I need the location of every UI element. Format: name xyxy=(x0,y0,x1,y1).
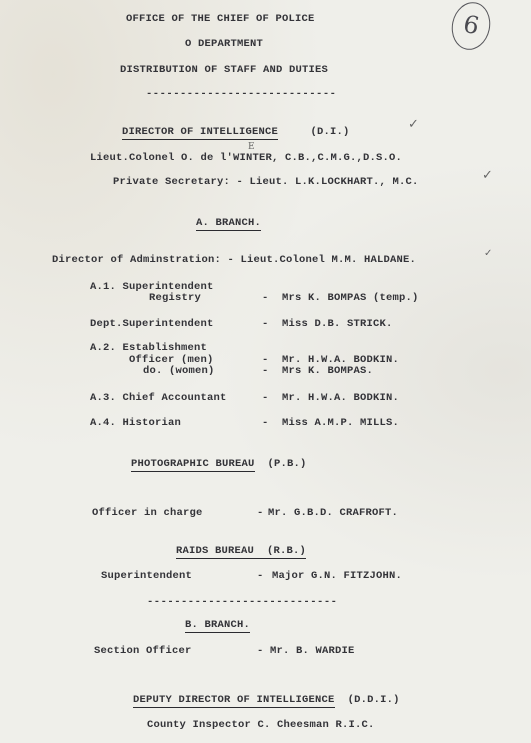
dept-superintendent-dash: - xyxy=(262,318,269,330)
photographic-bureau-heading-row: PHOTOGRAPHIC BUREAU (P.B.) xyxy=(131,458,307,470)
a2-role: A.2. Establishment xyxy=(90,342,207,354)
director-heading: DIRECTOR OF INTELLIGENCE xyxy=(122,126,278,140)
deputy-director-heading-row: DEPUTY DIRECTOR OF INTELLIGENCE (D.D.I.) xyxy=(133,694,400,706)
check-mark-icon: ✓ xyxy=(484,248,492,259)
deputy-director-abbr: (D.D.I.) xyxy=(348,694,400,706)
a2-name-women: Mrs K. BOMPAS. xyxy=(282,365,373,377)
director-heading-row: DIRECTOR OF INTELLIGENCE (D.I.) xyxy=(122,126,350,138)
b-dash: - xyxy=(257,645,264,657)
page-number-circle: 6 xyxy=(447,0,494,53)
b-role: Section Officer xyxy=(94,645,192,657)
header-title: DISTRIBUTION OF STAFF AND DUTIES xyxy=(120,64,328,76)
a2-role-women: do. (women) xyxy=(143,365,215,377)
header-department: O DEPARTMENT xyxy=(185,38,263,50)
a3-dash: - xyxy=(262,392,269,404)
director-administration: Director of Adminstration: - Lieut.Colon… xyxy=(52,254,416,266)
director-name: Lieut.Colonel O. de l'WINTER, C.B.,C.M.G… xyxy=(90,152,402,164)
b-name: Mr. B. WARDIE xyxy=(270,645,355,657)
raids-bureau-heading-row: RAIDS BUREAU (R.B.) xyxy=(176,545,306,557)
dept-superintendent-role: Dept.Superintendent xyxy=(90,318,214,330)
pencil-annotation: E xyxy=(248,142,255,152)
deputy-director-heading: DEPUTY DIRECTOR OF INTELLIGENCE xyxy=(133,694,335,708)
pb-dash: - xyxy=(257,507,264,519)
raids-bureau-heading: RAIDS BUREAU xyxy=(176,545,254,557)
a4-name: Miss A.M.P. MILLS. xyxy=(282,417,399,429)
raids-separator: ---------------------------- xyxy=(147,596,337,608)
a-branch-heading: A. BRANCH. xyxy=(196,217,261,229)
a4-role: A.4. Historian xyxy=(90,417,181,429)
photographic-bureau-abbr: (P.B.) xyxy=(268,458,307,470)
rb-name: Major G.N. FITZJOHN. xyxy=(272,570,402,582)
rb-role: Superintendent xyxy=(101,570,192,582)
private-secretary: Private Secretary: - Lieut. L.K.LOCKHART… xyxy=(113,176,419,188)
a4-dash: - xyxy=(262,417,269,429)
photographic-bureau-heading: PHOTOGRAPHIC BUREAU xyxy=(131,458,255,472)
rb-dash: - xyxy=(257,570,264,582)
raids-bureau-abbr: (R.B.) xyxy=(267,545,306,557)
a2-dash-women: - xyxy=(262,365,269,377)
header-separator: ---------------------------- xyxy=(146,88,336,100)
pb-role: Officer in charge xyxy=(92,507,203,519)
a3-name: Mr. H.W.A. BODKIN. xyxy=(282,392,399,404)
director-abbr: (D.I.) xyxy=(311,126,350,138)
document-page: 6 OFFICE OF THE CHIEF OF POLICE O DEPART… xyxy=(0,0,531,743)
b-branch-heading: B. BRANCH. xyxy=(185,619,250,631)
deputy-director-name: County Inspector C. Cheesman R.I.C. xyxy=(147,719,375,731)
dept-superintendent-name: Miss D.B. STRICK. xyxy=(282,318,393,330)
a3-role: A.3. Chief Accountant xyxy=(90,392,227,404)
page-number: 6 xyxy=(461,10,482,41)
check-mark-icon: ✓ xyxy=(482,168,493,183)
a1-dash: - xyxy=(262,292,269,304)
a1-role-line2: Registry xyxy=(149,292,201,304)
check-mark-icon: ✓ xyxy=(408,117,419,132)
header-office: OFFICE OF THE CHIEF OF POLICE xyxy=(126,13,315,25)
pb-name: Mr. G.B.D. CRAFROFT. xyxy=(268,507,398,519)
a1-name: Mrs K. BOMPAS (temp.) xyxy=(282,292,419,304)
